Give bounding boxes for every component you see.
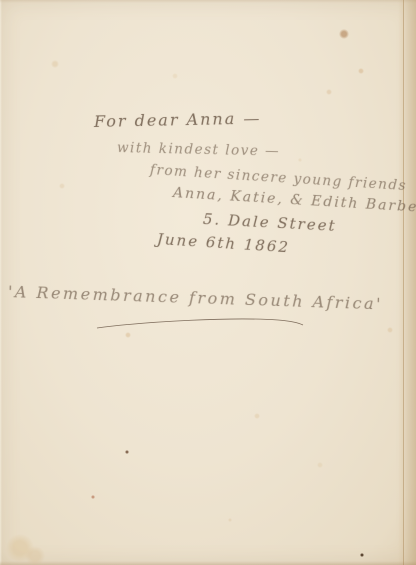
inscription-line-date: June 6th 1862 (156, 230, 290, 256)
page-left-edge-highlight (0, 0, 2, 565)
inscription-dedication: 'A Remembrance from South Africa' (8, 282, 384, 313)
foxing-stain (317, 462, 323, 468)
foxing-stain (125, 332, 131, 338)
foxing-stain (358, 68, 364, 74)
foxing-stain (326, 89, 332, 95)
stray-hair-mark (0, 0, 416, 565)
inscription-line-sentiment: with kindest love — (117, 140, 280, 160)
foxing-stain (360, 553, 364, 557)
foxing-stain (387, 327, 393, 333)
page-top-edge-shadow (0, 0, 416, 3)
foxing-stain (91, 495, 95, 499)
foxing-stain (298, 158, 302, 162)
page-right-edge (403, 0, 416, 565)
foxing-stain (339, 29, 349, 39)
foxing-stain (59, 183, 65, 189)
inscription-line-address: 5. Dale Street (203, 210, 338, 235)
book-page: For dear Anna — with kindest love — from… (0, 0, 416, 565)
foxing-stain (172, 73, 178, 79)
page-bottom-edge-shadow (0, 561, 416, 565)
foxing-stain (51, 60, 59, 68)
foxing-stain (228, 518, 232, 522)
foxing-stain (6, 534, 34, 562)
foxing-stain (125, 450, 129, 454)
foxing-stain (254, 413, 260, 419)
inscription-line-recipient: For dear Anna — (94, 108, 262, 131)
